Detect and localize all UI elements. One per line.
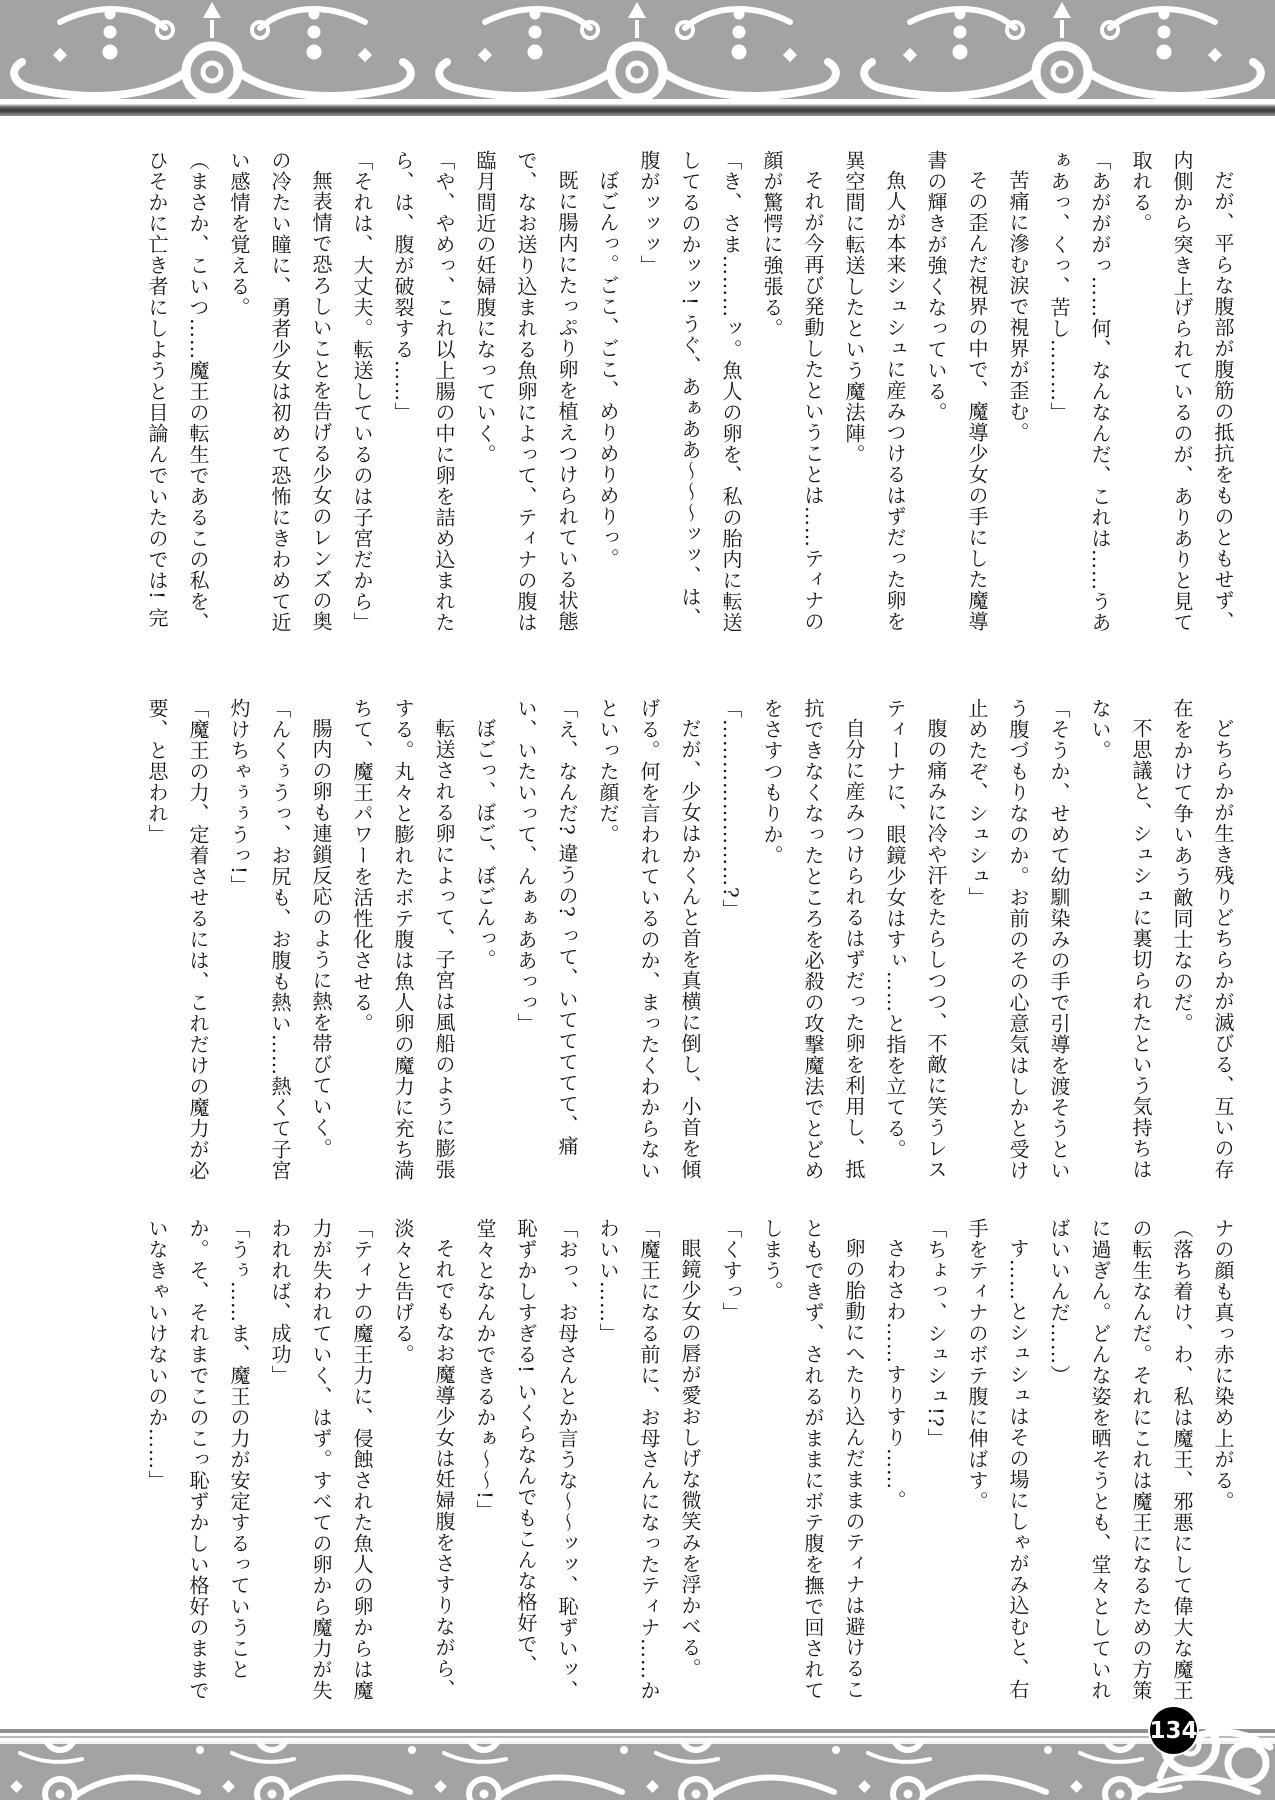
paragraph: 「や、やめっ、これ以上腸の中に卵を詰め込まれたら、は、腹が破裂する……」 [382, 150, 464, 647]
paragraph: 「んくぅうっ、お尻も、お腹も熱い……熱くて子宮灼けちゃぅぅうっ!」 [218, 698, 300, 1181]
paragraph: 「そ、そうかもしんないけど! こっ、これはくるし……そ、そんなにじろじろ見るなシ… [133, 698, 136, 1181]
paragraph: 腹の痛みに冷や汗をたらしつつ、不敵に笑うレスティーナに、眼鏡少女はすぃ……と指を… [874, 698, 956, 1181]
paragraph: 「魔王の力、定着させるには、これだけの魔力が必要、と思われ」 [136, 698, 218, 1181]
paragraph: 「あがががっ……何、なんなんだ、これは……うあぁあっ、くっ、苦し………」 [1038, 150, 1120, 647]
paragraph: 「魔王になる前に、お母さんになったティナ……かわいい……」 [587, 1218, 669, 1706]
paragraph: 「おっ、お母さんとか言うな〜〜ッッ、恥ずいッ、恥ずかしすぎる! いくらなんでもこ… [464, 1218, 587, 1706]
text-band-3: ナの顔も真っ赤に染め上がる。（落ち着け、わ、私は魔王、邪悪にして偉大な魔王の転生… [133, 1218, 1243, 1706]
paragraph: 魚人が本来シュシュに産みつけるはずだった卵を異空間に転送したという魔法陣。 [833, 150, 915, 647]
paragraph: ナの顔も真っ赤に染め上がる。 [1202, 1218, 1243, 1706]
paragraph: 転送される卵によって、子宮は風船のように膨張する。丸々と膨れたボテ腹は魚人卵の魔… [341, 698, 464, 1181]
ornamental-border-top [0, 0, 1275, 103]
paragraph: その歪んだ視界の中で、魔導少女の手にした魔導書の輝きが強くなっている。 [915, 150, 997, 647]
paragraph: 眼鏡少女の唇が愛おしげな微笑みを浮かべる。 [669, 1218, 710, 1706]
paragraph: （まさか、こいつ……魔王の転生であるこの私を、ひそかに亡き者にしようと目論んでい… [133, 150, 218, 647]
scrollwork-top-art [0, 0, 1275, 103]
paragraph: 「ちょっ、シュシュ!?」 [915, 1218, 956, 1706]
text-band-2: どちらかが生き残りどちらかが滅びる、互いの存在をかけて争いあう敵同士なのだ。不思… [133, 698, 1243, 1181]
paragraph: だが、平らな腹部が腹筋の抵抗をものともせず、内側から突き上げられているのが、あり… [1120, 150, 1243, 647]
paragraph: 「うぅ……ま、魔王の力が安定するっていうことか。そ、それまでこのこっ恥ずかしい格… [136, 1218, 259, 1706]
paragraph: 卵の胎動にへたり込んだままのティナは避けることもできず、されるがままにボテ腹を撫… [751, 1218, 874, 1706]
paragraph: （落ち着け、わ、私は魔王、邪悪にして偉大な魔王の転生なんだ。それにこれは魔王にな… [1038, 1218, 1202, 1706]
page-number: 134 [1150, 1718, 1198, 1744]
text-band-1: だが、平らな腹部が腹筋の抵抗をものともせず、内側から突き上げられているのが、あり… [133, 150, 1243, 647]
ornamental-border-bottom [0, 1705, 1275, 1800]
paragraph: 「そうか、せめて幼馴染みの手で引導を渡そうという腹づもりなのか。お前のその心意気… [956, 698, 1079, 1181]
paragraph: ぼごっ、ぼご、ぼごんっ。 [464, 698, 505, 1181]
book-page: だが、平らな腹部が腹筋の抵抗をものともせず、内側から突き上げられているのが、あり… [0, 0, 1275, 1800]
paragraph: さわさわ……すりすり……。 [874, 1218, 915, 1706]
paragraph: 「ティナの魔王力に、侵蝕された魚人の卵からは魔力が失われていく、はず。すべての卵… [259, 1218, 382, 1706]
paragraph: 既に腸内にたっぷり卵を植えつけられている状態で、なお送り込まれる魚卵によって、テ… [464, 150, 587, 647]
paragraph: 腸内の卵も連鎖反応のように熱を帯びていく。 [300, 698, 341, 1181]
paragraph: 不思議と、シュシュに裏切られたという気持ちはない。 [1079, 698, 1161, 1181]
paragraph: 「え、なんだ? 違うの? って、いててててて、痛い、いたいって、んぁぁああっっ」 [505, 698, 587, 1181]
paragraph: だが、少女はかくんと首を真横に倒し、小首を傾げる。何を言われているのか、まったく… [587, 698, 710, 1181]
paragraph: 苦痛に滲む涙で視界が歪む。 [997, 150, 1038, 647]
paragraph: それが今再び発動したということは……ティナの顔が驚愕に強張る。 [751, 150, 833, 647]
top-divider-bar [0, 104, 1275, 116]
paragraph: 自分に産みつけられるはずだった卵を利用し、抵抗できなくなったところを必殺の攻撃魔… [751, 698, 874, 1181]
paragraph: 無表情で恐ろしいことを告げる少女のレンズの奥の冷たい瞳に、勇者少女は初めて恐怖に… [218, 150, 341, 647]
paragraph: す……とシュシュはその場にしゃがみ込むと、右手をティナのボテ腹に伸ばす。 [956, 1218, 1038, 1706]
paragraph: シュシュの言う通り、徐々に、徐々にではあるが卵の魔力が減じている。 [133, 1218, 136, 1706]
page-number-badge: 134 [1150, 1707, 1197, 1754]
paragraph: 「き、さま………ッ。魚人の卵を、私の胎内に転送してるのかッッ! うぐ、あぁああ〜… [628, 150, 751, 647]
paragraph: それでもなお魔導少女は妊婦腹をさすりながら、淡々と告げる。 [382, 1218, 464, 1706]
scrollwork-bottom-art [0, 1705, 1275, 1800]
paragraph: ぼごんっ。ごこ、ごこ、めりめりめりっ。 [587, 150, 628, 647]
paragraph: 「くすっ」 [710, 1218, 751, 1706]
paragraph: 「それは、大丈夫。転送しているのは子宮だから」 [341, 150, 382, 647]
paragraph: 「……………………?」 [710, 698, 751, 1181]
paragraph: どちらかが生き残りどちらかが滅びる、互いの存在をかけて争いあう敵同士なのだ。 [1161, 698, 1243, 1181]
